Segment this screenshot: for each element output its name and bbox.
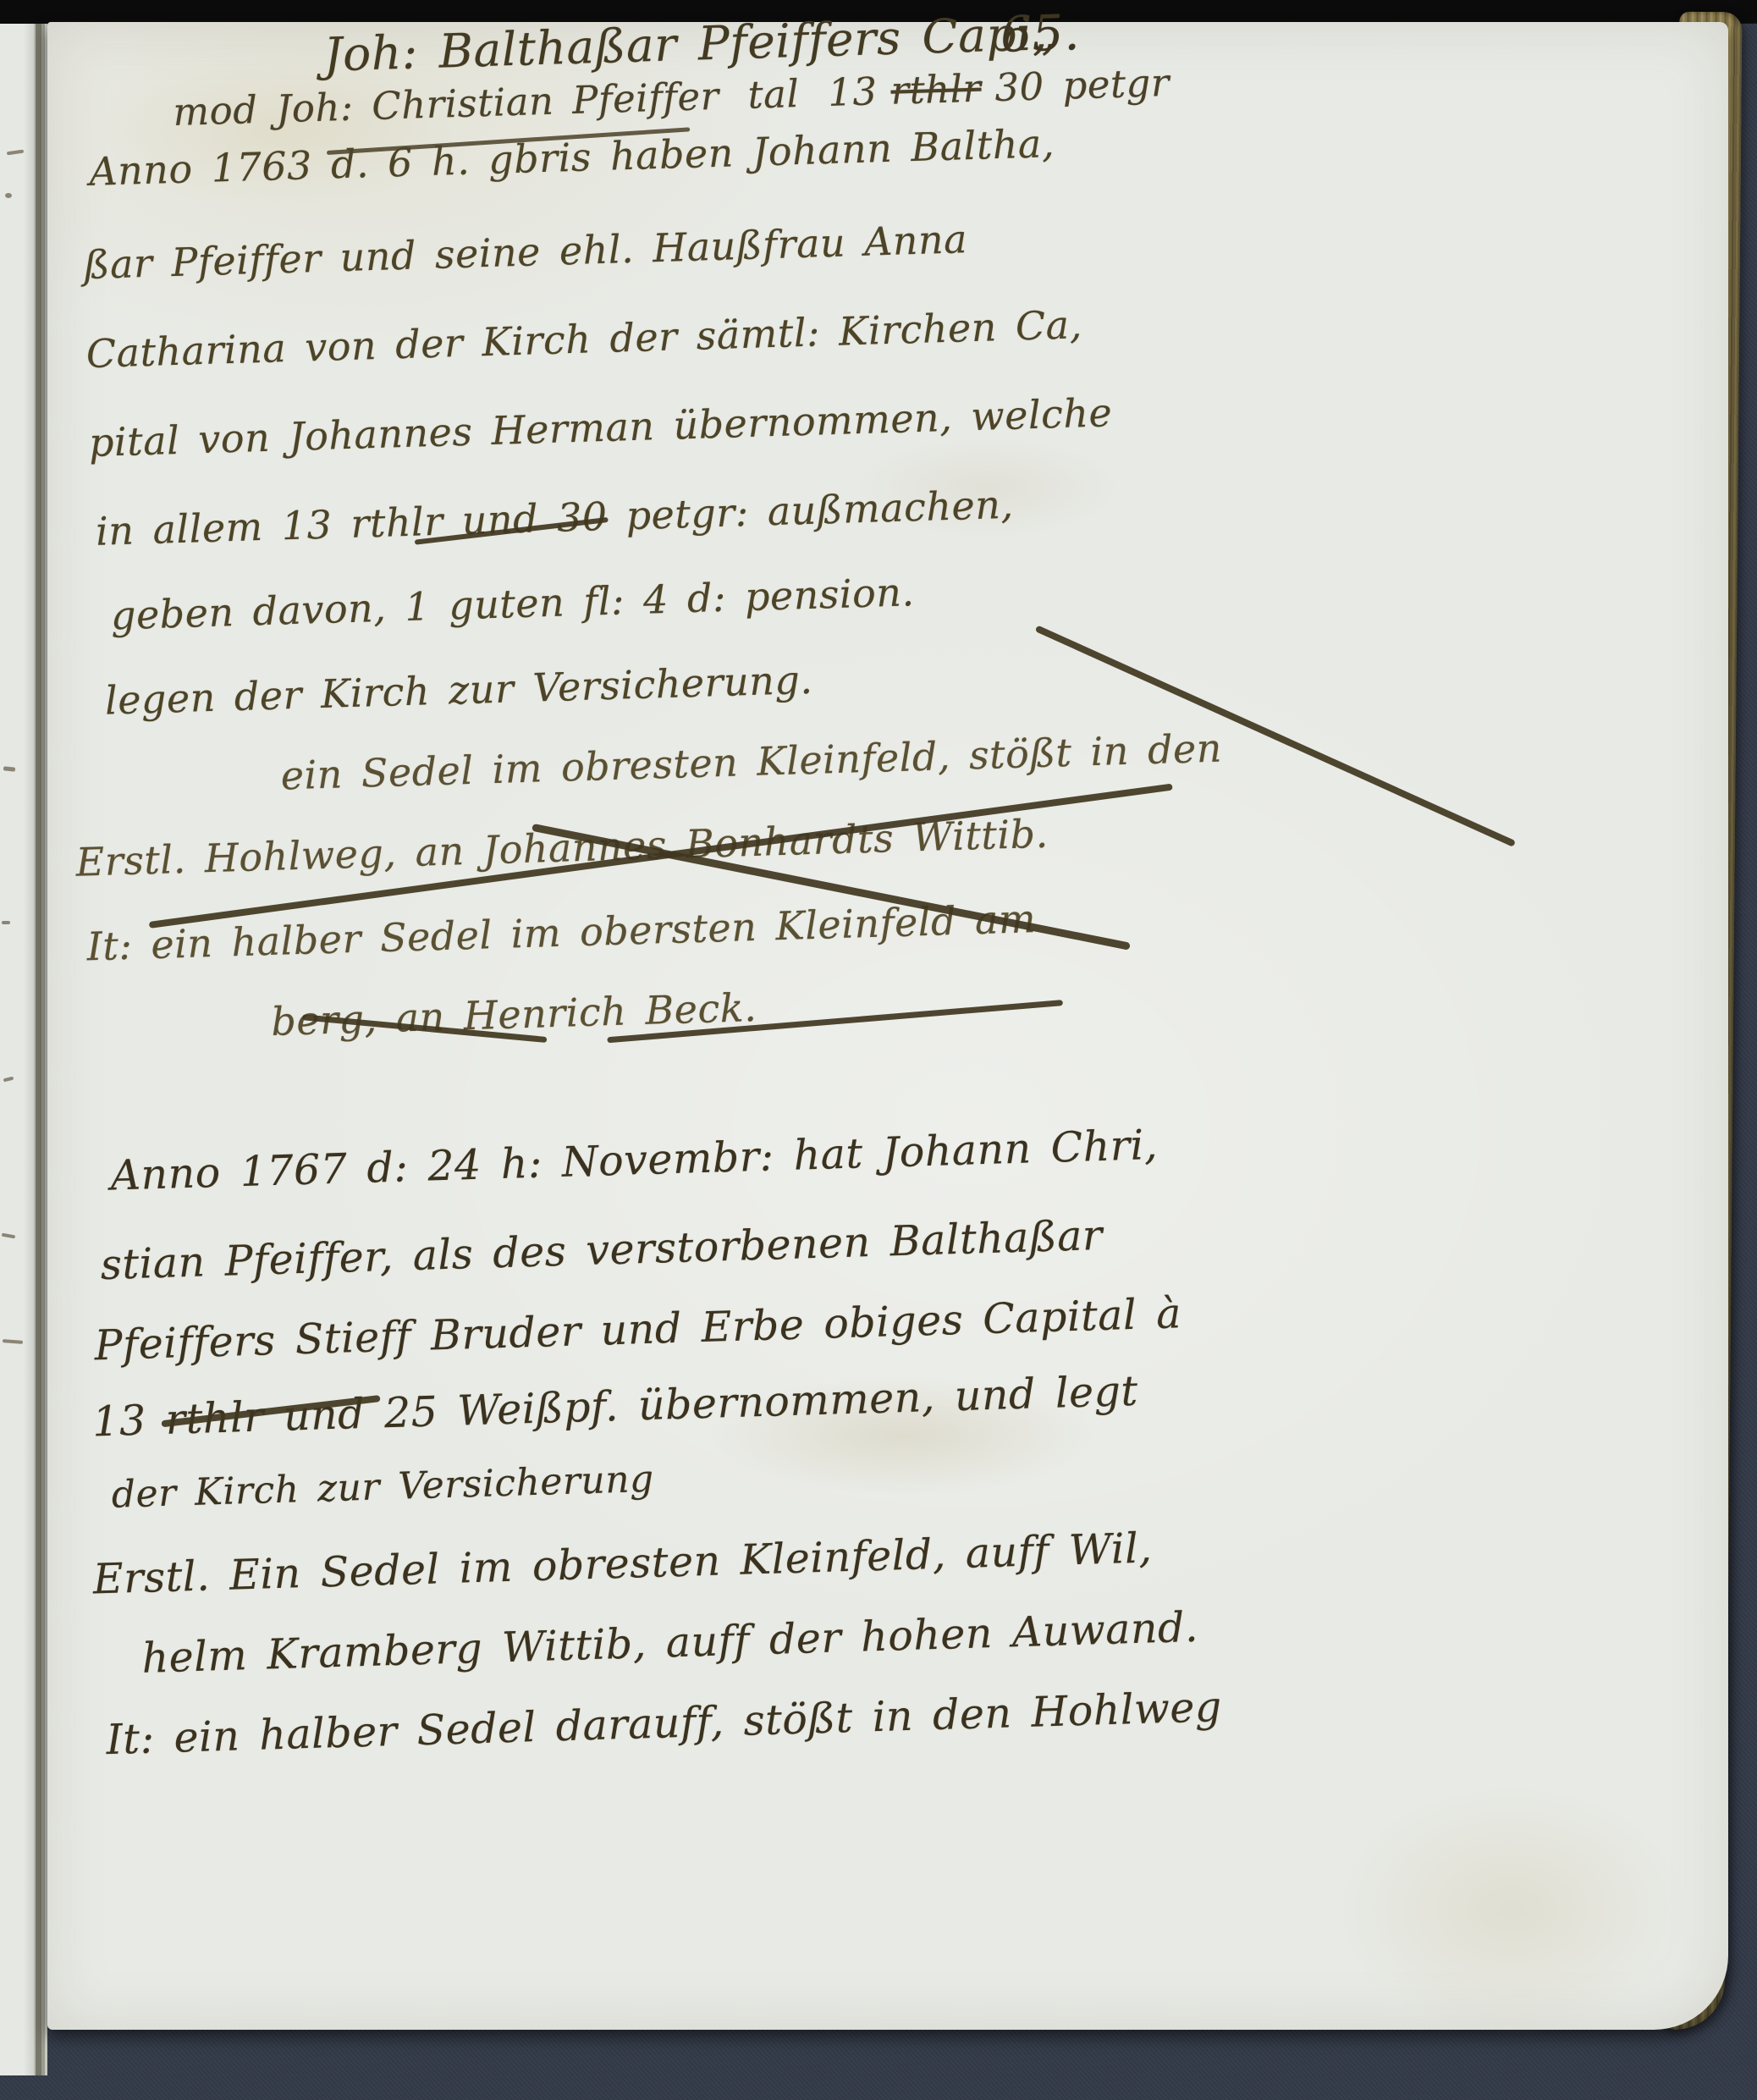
handwriting-layer: Joh: Balthaßar Pfeiffers Capi„ 65. mod J… <box>43 0 1757 2031</box>
amendment-text: mod Joh: Christian Pfeiffer <box>173 74 720 135</box>
entry-1767-line: der Kirch zur Versicherung <box>111 1458 654 1517</box>
title-continuation: tal <box>747 71 800 118</box>
prev-page-ink-mark <box>3 766 15 771</box>
prev-page-ink-mark <box>2 921 10 924</box>
manuscript-page: Joh: Balthaßar Pfeiffers Capi„ 65. mod J… <box>47 22 1728 2030</box>
entry-1763-line: pital von Johannes Herman übernommen, we… <box>88 389 1113 466</box>
entry-1763-line: in allem 13 rthlr und 30 petgr: außmache… <box>95 482 1014 554</box>
entry-1763-line: ßar Pfeiffer und seine ehl. Haußfrau Ann… <box>83 216 968 288</box>
prev-page-ink-mark <box>2 1233 15 1239</box>
amount-currency: rthlr <box>890 66 983 113</box>
prev-page-ink-mark <box>3 1077 14 1083</box>
entry-1767-line: helm Kramberg Wittib, auff der hohen Auw… <box>141 1603 1199 1683</box>
entry-1763-line: geben davon, 1 guten fl: 4 d: pension. <box>110 569 915 638</box>
entry-1763-line: Catharina von der Kirch der sämtl: Kirch… <box>85 301 1082 377</box>
entry-1767-line: stian Pfeiffer, als des verstorbenen Bal… <box>100 1211 1104 1289</box>
photo-background: Joh: Balthaßar Pfeiffers Capi„ 65. mod J… <box>0 0 1757 2100</box>
entry-1767-line: Erstl. Ein Sedel im obresten Kleinfeld, … <box>92 1524 1153 1603</box>
prev-page-ink-mark <box>3 1339 23 1344</box>
entry-1767-line: Anno 1767 d: 24 h: Novembr: hat Johann C… <box>110 1121 1159 1200</box>
amount-value: 13 <box>828 69 878 115</box>
previous-page-edge <box>0 24 34 2075</box>
amount-rest: 30 petgr <box>994 60 1170 110</box>
cancelled-line: ein Sedel im obresten Kleinfeld, stößt i… <box>280 725 1223 799</box>
folio-number: 65. <box>1000 3 1081 63</box>
page-gutter <box>34 24 47 2075</box>
cancelled-line: It: ein halber Sedel im obersten Kleinfe… <box>86 896 1037 969</box>
prev-page-ink-mark <box>5 193 12 198</box>
entry-1767-line: Pfeiffers Stieff Bruder und Erbe obiges … <box>94 1289 1182 1370</box>
entry-1767-line: 13 rthlr und 25 Weißpf. übernommen, und … <box>91 1367 1138 1447</box>
prev-page-ink-mark <box>7 150 24 156</box>
entry-1763-line: legen der Kirch zur Versicherung. <box>104 657 813 724</box>
entry-1767-line: It: ein halber Sedel darauff, stößt in d… <box>106 1683 1223 1764</box>
